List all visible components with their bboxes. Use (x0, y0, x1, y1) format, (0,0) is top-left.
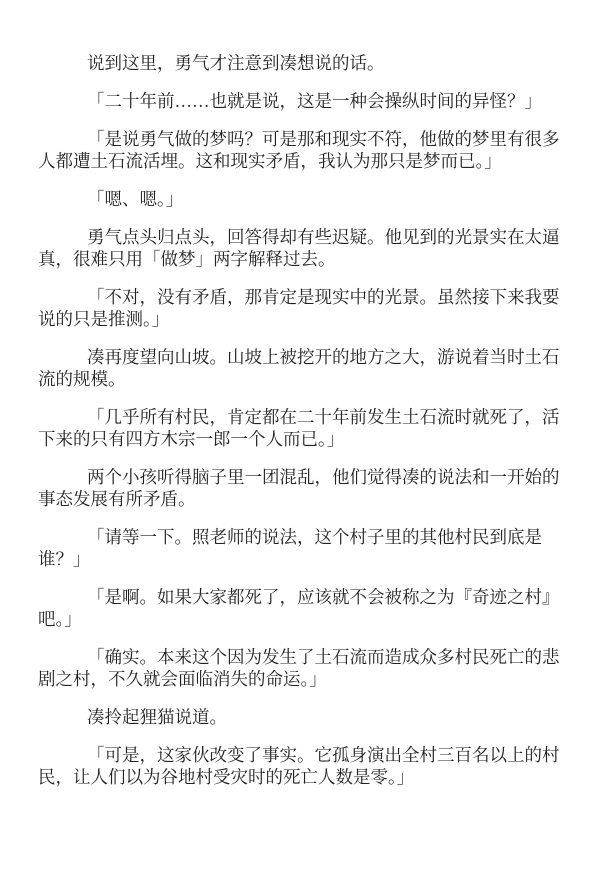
paragraph: 说到这里，勇气才注意到凑想说的话。 (38, 52, 576, 74)
document-page: 说到这里，勇气才注意到凑想说的话。「二十年前……也就是说，这是一种会操纵时间的异… (0, 0, 613, 869)
paragraph: 「几乎所有村民，肯定都在二十年前发生土石流时就死了，活下来的只有四方木宗一郎一个… (38, 406, 576, 450)
paragraph: 两个小孩听得脑子里一团混乱，他们觉得凑的说法和一开始的事态发展有所矛盾。 (38, 466, 576, 510)
page-text: 说到这里，勇气才注意到凑想说的话。「二十年前……也就是说，这是一种会操纵时间的异… (38, 52, 576, 788)
paragraph: 「是说勇气做的梦吗？可是那和现实不符，他做的梦里有很多人都遭土石流活埋。这和现实… (38, 128, 576, 172)
paragraph: 勇气点头归点头，回答得却有些迟疑。他见到的光景实在太逼真，很难只用「做梦」两字解… (38, 226, 576, 270)
paragraph: 凑再度望向山坡。山坡上被挖开的地方之大，游说着当时土石流的规模。 (38, 346, 576, 390)
paragraph: 「是啊。如果大家都死了，应该就不会被称之为『奇迹之村』吧。」 (38, 586, 576, 630)
paragraph: 「嗯、嗯。」 (38, 188, 576, 210)
paragraph: 「确实。本来这个因为发生了土石流而造成众多村民死亡的悲剧之村，不久就会面临消失的… (38, 646, 576, 690)
paragraph: 「不对，没有矛盾，那肯定是现实中的光景。虽然接下来我要说的只是推测。」 (38, 286, 576, 330)
paragraph: 「二十年前……也就是说，这是一种会操纵时间的异怪？」 (38, 90, 576, 112)
paragraph: 「可是，这家伙改变了事实。它孤身演出全村三百名以上的村民，让人们以为谷地村受灾时… (38, 744, 576, 788)
paragraph: 「请等一下。照老师的说法，这个村子里的其他村民到底是谁？」 (38, 526, 576, 570)
paragraph: 凑拎起狸猫说道。 (38, 706, 576, 728)
